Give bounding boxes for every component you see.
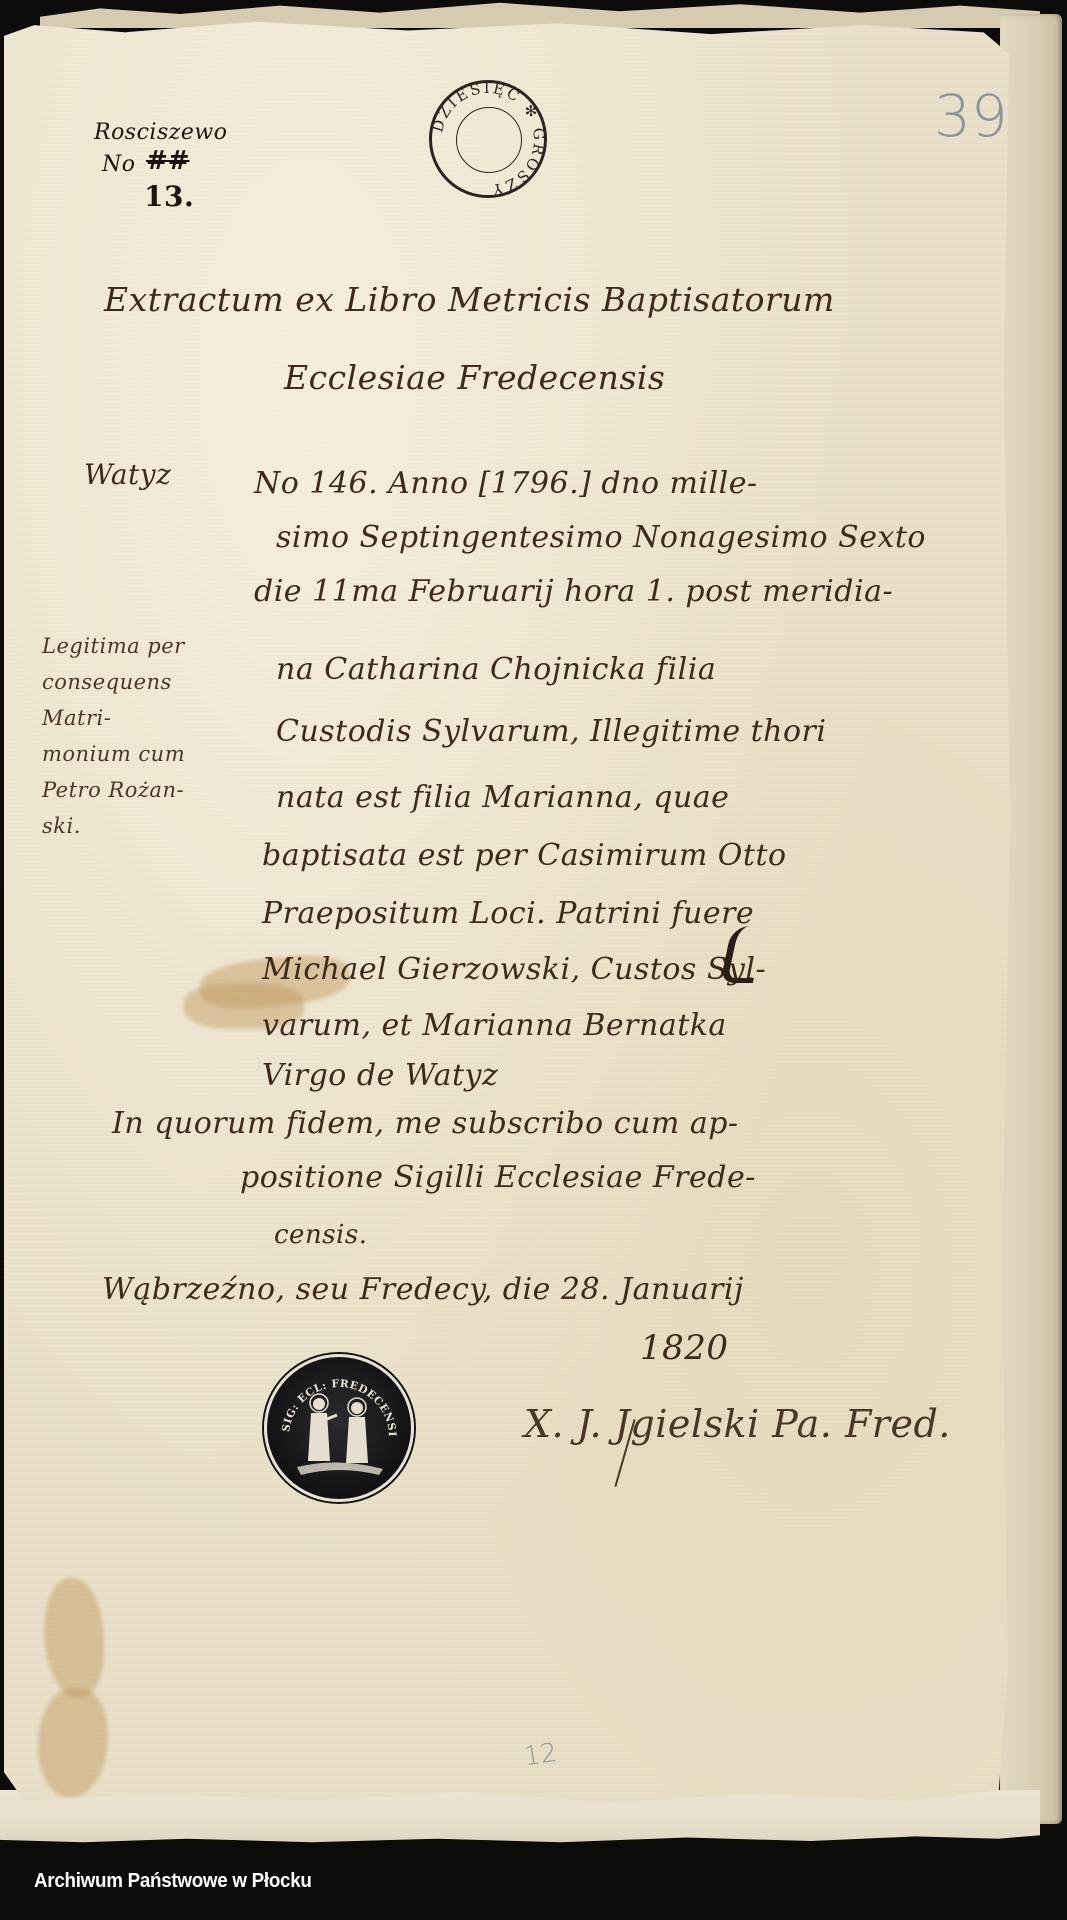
underlying-pages-right-edge <box>1000 14 1062 1824</box>
margin-legitimation-note: Legitima per consequens Matri- monium cu… <box>42 628 222 844</box>
record-line: varum, et Marianna Bernatka <box>262 1008 727 1043</box>
seal-two-saints-icon: SIG: ECL: FREDECENSIS <box>267 1357 411 1499</box>
document-scan: Rosciszewo No ## 13. DZIESIĘC ✻ GROSZY 3… <box>0 0 1067 1920</box>
record-line: die 11ma Februarij hora 1. post meridia- <box>254 574 893 609</box>
svg-text:DZIESIĘC ✻ GROSZY: DZIESIĘC ✻ GROSZY <box>429 80 547 198</box>
attestation-line: In quorum fidem, me subscribo cum ap- <box>112 1106 739 1141</box>
margin-note-line: Legitima per <box>42 628 222 664</box>
water-stain-bottom-left <box>44 1578 104 1698</box>
dateline-place-date: Wąbrzeźno, seu Fredecy, die 28. Januarij <box>102 1272 744 1307</box>
record-line: Custodis Sylvarum, Illegitime thori <box>276 714 826 749</box>
parish-seal: SIG: ECL: FREDECENSIS <box>264 1354 414 1502</box>
header-number: 13. <box>144 180 194 213</box>
title-line-2: Ecclesiae Fredecensis <box>284 358 665 397</box>
folio-number: 39 <box>934 82 1008 150</box>
struck-out-number: ## <box>146 146 190 176</box>
margin-note-line: Petro Rożan- <box>42 772 222 808</box>
dateline-year: 1820 <box>640 1328 729 1368</box>
header-number-label: No <box>102 152 136 177</box>
header-place: Rosciszewo <box>94 120 227 145</box>
margin-note-line: monium cum <box>42 736 222 772</box>
record-line: na Catharina Chojnicka filia <box>276 652 716 687</box>
bottom-pencil-number: 12 <box>522 1738 559 1772</box>
record-line: Praepositum Loci. Patrini fuere <box>262 896 754 931</box>
svg-text:SIG: ECL: FREDECENSIS: SIG: ECL: FREDECENSIS <box>267 1357 398 1437</box>
revenue-stamp: DZIESIĘC ✻ GROSZY <box>429 80 547 198</box>
margin-village: Watyz <box>84 458 171 491</box>
record-line: Virgo de Watyz <box>262 1058 498 1093</box>
attestation-line: censis. <box>274 1220 367 1250</box>
water-stain-bottom-left-2 <box>38 1688 108 1798</box>
record-line: simo Septingentesimo Nonagesimo Sexto <box>276 520 926 555</box>
priest-signature: X. J. Jgielski Pa. Fred. <box>524 1402 951 1446</box>
margin-note-line: ski. <box>42 808 222 844</box>
record-line: Michael Gierzowski, Custos Syl- <box>262 952 766 987</box>
title-line-1: Extractum ex Libro Metricis Baptisatorum <box>104 280 835 319</box>
record-line: baptisata est per Casimirum Otto <box>262 838 787 873</box>
manuscript-sheet: Rosciszewo No ## 13. DZIESIĘC ✻ GROSZY 3… <box>4 18 1014 1808</box>
record-line: nata est filia Marianna, quae <box>276 780 729 815</box>
underlying-page-top-edge <box>40 0 1040 28</box>
stamp-legend-icon: DZIESIĘC ✻ GROSZY <box>429 80 547 198</box>
record-line: No 146. Anno [1796.] dno mille- <box>254 466 758 501</box>
archive-credit: Archiwum Państwowe w Płocku <box>34 1870 312 1893</box>
attestation-line: positione Sigilli Ecclesiae Frede- <box>240 1160 756 1195</box>
margin-note-line: consequens Matri- <box>42 664 222 736</box>
